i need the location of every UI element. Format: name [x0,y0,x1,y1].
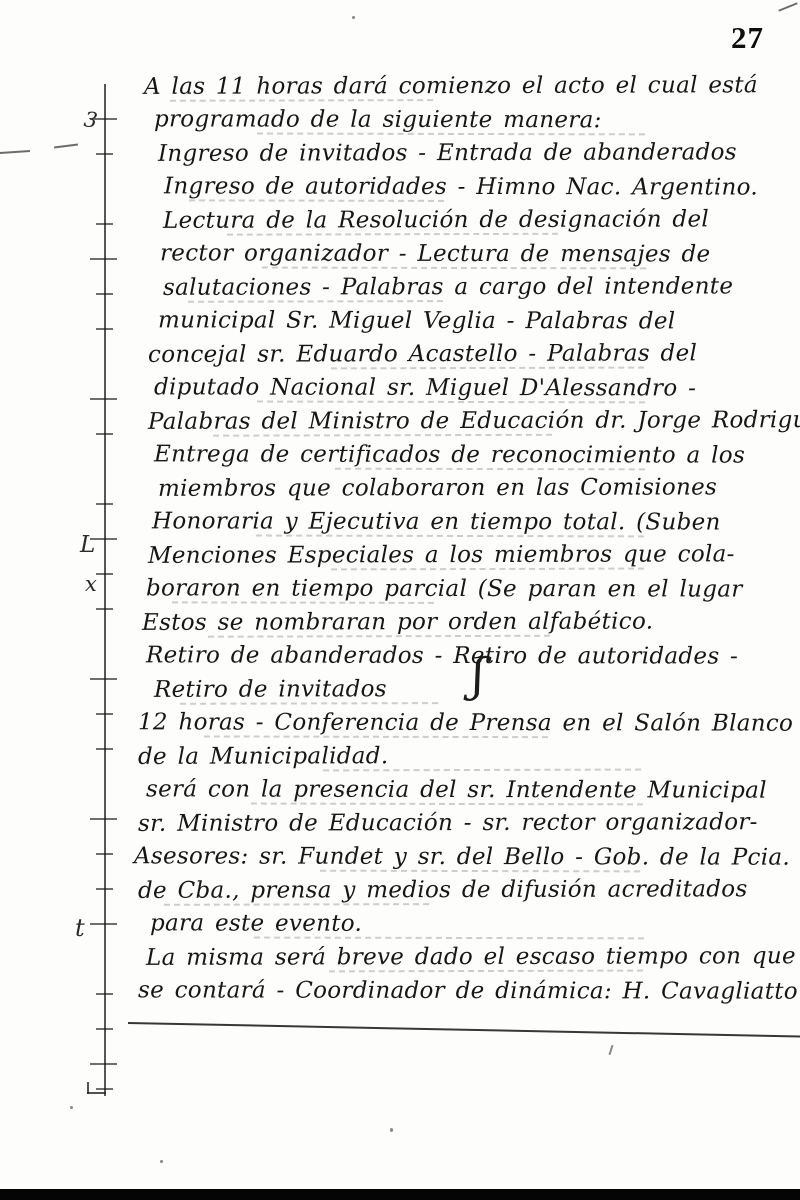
text-line: salutaciones - Palabras a cargo del inte… [163,270,800,305]
page-number: 27 [731,20,764,56]
text-line: rector organizador - Lectura de mensajes… [160,237,800,272]
margin-tick [96,223,113,225]
margin-tick [96,433,113,435]
text-line: 12 horas - Conferencia de Prensa en el S… [138,706,800,741]
text-line: se contará - Coordinador de dinámica: H.… [138,974,800,1009]
scan-edge-bar [0,1189,800,1200]
text-line: Estos se nombraran por orden alfabético. [142,605,800,640]
text-line: de la Municipalidad. [138,739,800,774]
margin-tick [96,748,113,750]
scan-speck [70,1106,73,1109]
scan-speck [609,1045,614,1055]
text-line: miembros que colaboraron en las Comision… [158,471,800,506]
stray-mark-letter-l: L [80,532,95,558]
stray-dash [778,2,797,11]
margin-rule-line [104,84,106,1096]
handwritten-text-block: A las 11 horas dará comienzo el acto el … [130,70,800,1008]
margin-tick [90,1063,117,1065]
text-line: sr. Ministro de Educación - sr. rector o… [138,806,800,841]
margin-tick [96,993,113,995]
stray-dash [54,144,78,149]
scan-speck [160,1160,163,1163]
margin-tick [96,853,113,855]
margin-tick [90,258,117,260]
stray-mark-digit-3: 3 [82,107,99,133]
text-line: boraron en tiempo parcial (Se paran en e… [146,572,800,607]
margin-tick [96,503,113,505]
text-line: Lectura de la Resolución de designación … [163,203,800,238]
margin-tick [96,1088,113,1090]
text-line: Honoraria y Ejecutiva en tiempo total. (… [152,505,800,540]
margin-tick [96,888,113,890]
margin-tick [96,328,113,330]
text-line: Retiro de invitados [154,672,800,707]
margin-tick [96,293,113,295]
text-line: concejal sr. Eduardo Acastello - Palabra… [148,337,800,372]
scan-speck [352,16,355,19]
margin-tick [96,713,113,715]
text-line: Palabras del Ministro de Educación dr. J… [148,404,800,439]
text-line: Asesores: sr. Fundet y sr. del Bello - G… [134,840,800,875]
margin-tick [90,818,117,820]
margin-tick [90,678,117,680]
text-line: Ingreso de invitados - Entrada de abande… [158,136,800,171]
text-line: Entrega de certificados de reconocimient… [154,438,800,473]
text-line: municipal Sr. Miguel Veglia - Palabras d… [158,304,800,339]
scan-speck [390,1128,393,1132]
stray-mark-letter-x: x [85,572,97,596]
margin-tick [96,573,113,575]
margin-tick [96,608,113,610]
margin-tick [96,153,113,155]
text-line: Retiro de abanderados - Retiro de autori… [146,639,800,674]
horizontal-rule-line [128,1022,800,1038]
margin-tick [90,398,117,400]
text-line: Ingreso de autoridades - Himno Nac. Arge… [164,170,800,205]
scanned-manuscript-page: 27 3 L x t ʃ A las 11 horas dará comienz… [0,0,800,1200]
text-line: será con la presencia del sr. Intendente… [146,773,800,808]
text-line: programado de la siguiente manera: [154,103,800,138]
stray-mark-letter-t: t [75,914,85,942]
margin-rule-foot [87,1092,106,1094]
text-line: diputado Nacional sr. Miguel D'Alessandr… [154,371,800,406]
margin-rule-foot-vertical [87,1082,89,1094]
stray-dash [0,150,30,154]
text-line: de Cba., prensa y medios de difusión acr… [138,873,800,908]
margin-tick [96,1028,113,1030]
text-line: Menciones Especiales a los miembros que … [148,538,800,573]
margin-tick [90,923,117,925]
text-line: La misma será breve dado el escaso tiemp… [146,940,800,975]
text-line: para este evento. [150,907,800,942]
text-line: A las 11 horas dará comienzo el acto el … [144,69,800,104]
